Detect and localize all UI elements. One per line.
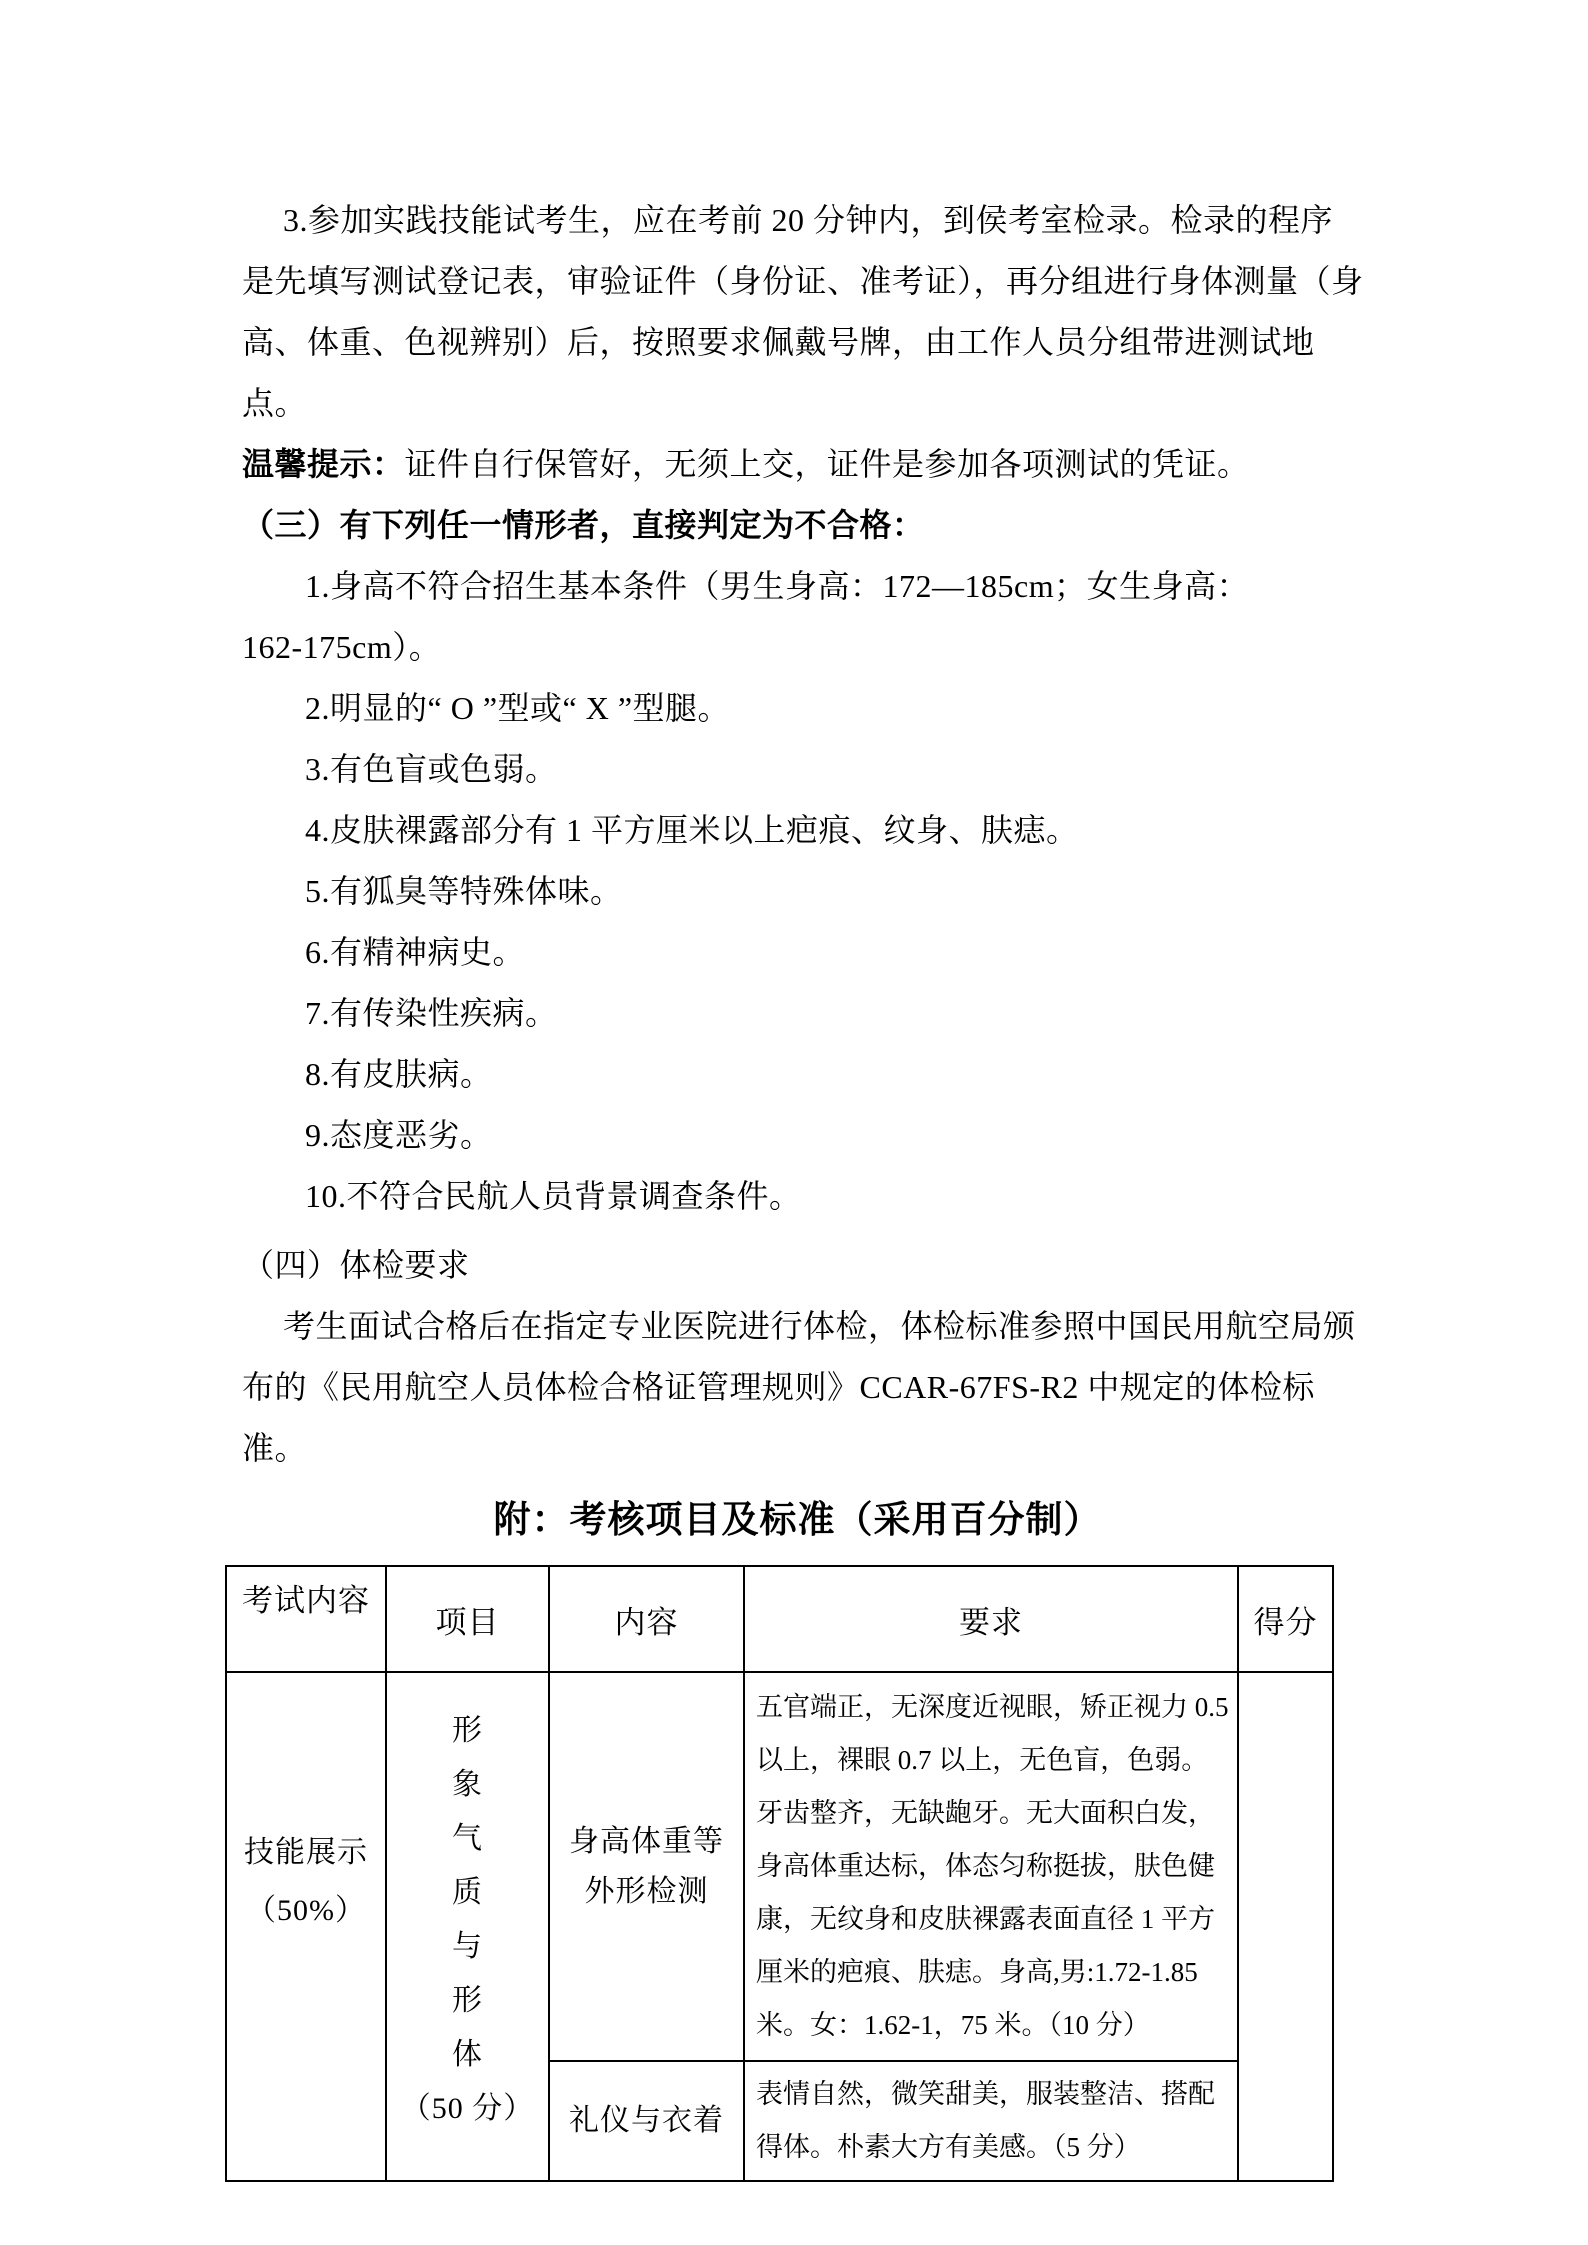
list-item-5: 5.有狐臭等特殊体味。 [242,861,1370,922]
cell-exam-content: 技能展示 （50%） [226,1672,386,2181]
list-item-1: 1.身高不符合招生基本条件（男生身高：172—185cm；女生身高： 162-1… [242,556,1370,678]
paragraph-checkin: 3.参加实践技能试考生，应在考前 20 分钟内，到侯考室检录。检录的程序 是先填… [242,190,1370,434]
header-requirement: 要求 [744,1566,1238,1672]
tip-label: 温馨提示： [242,446,405,482]
list-item-3: 3.有色盲或色弱。 [242,739,1370,800]
list-item-6: 6.有精神病史。 [242,922,1370,983]
cell-content-etiquette: 礼仪与衣着 [549,2061,744,2181]
list-item-8: 8.有皮肤病。 [242,1044,1370,1105]
table-row-appearance: 技能展示 （50%） 形 象 气 质 与 形 体 （50 分） 身高体重等 外形… [226,1672,1333,2061]
cell-requirement-appearance: 五官端正，无深度近视眼，矫正视力 0.5 以上，裸眼 0.7 以上，无色盲，色弱… [744,1672,1238,2061]
list-item-2: 2.明显的“ O ”型或“ X ”型腿。 [242,678,1370,739]
list-item-7: 7.有传染性疾病。 [242,983,1370,1044]
cell-content-measure: 身高体重等 外形检测 [549,1672,744,2061]
list-item-4: 4.皮肤裸露部分有 1 平方厘米以上疤痕、纹身、肤痣。 [242,800,1370,861]
tip-text: 证件自行保管好，无须上交，证件是参加各项测试的凭证。 [405,446,1250,482]
section4-body: 考生面试合格后在指定专业医院进行体检，体检标准参照中国民用航空局颁 布的《民用航… [242,1296,1370,1479]
appendix-title: 附：考核项目及标准（采用百分制） [225,1485,1370,1555]
cell-project-vertical: 形 象 气 质 与 形 体 （50 分） [386,1672,549,2181]
cell-score-empty [1238,1672,1333,2181]
header-exam-content: 考试内容 [226,1566,386,1672]
table-header-row: 考试内容 项目 内容 要求 得分 [226,1566,1333,1672]
cell-requirement-etiquette: 表情自然，微笑甜美，服装整洁、搭配 得体。朴素大方有美感。（5 分） [744,2061,1238,2181]
list-item-10: 10.不符合民航人员背景调查条件。 [242,1166,1370,1227]
section3-heading: （三）有下列任一情形者，直接判定为不合格： [242,495,1370,556]
score-table: 考试内容 项目 内容 要求 得分 技能展示 （50%） 形 象 气 质 与 形 … [225,1565,1334,2182]
header-score: 得分 [1238,1566,1333,1672]
body-text: 3.参加实践技能试考生，应在考前 20 分钟内，到侯考室检录。检录的程序 是先填… [242,190,1370,1479]
header-content: 内容 [549,1566,744,1672]
document-page: 3.参加实践技能试考生，应在考前 20 分钟内，到侯考室检录。检录的程序 是先填… [0,0,1588,2245]
paragraph-tip: 温馨提示：证件自行保管好，无须上交，证件是参加各项测试的凭证。 [242,434,1370,495]
header-project: 项目 [386,1566,549,1672]
document-content: 3.参加实践技能试考生，应在考前 20 分钟内，到侯考室检录。检录的程序 是先填… [0,0,1588,2182]
list-item-9: 9.态度恶劣。 [242,1105,1370,1166]
section4-heading: （四）体检要求 [242,1235,1370,1296]
